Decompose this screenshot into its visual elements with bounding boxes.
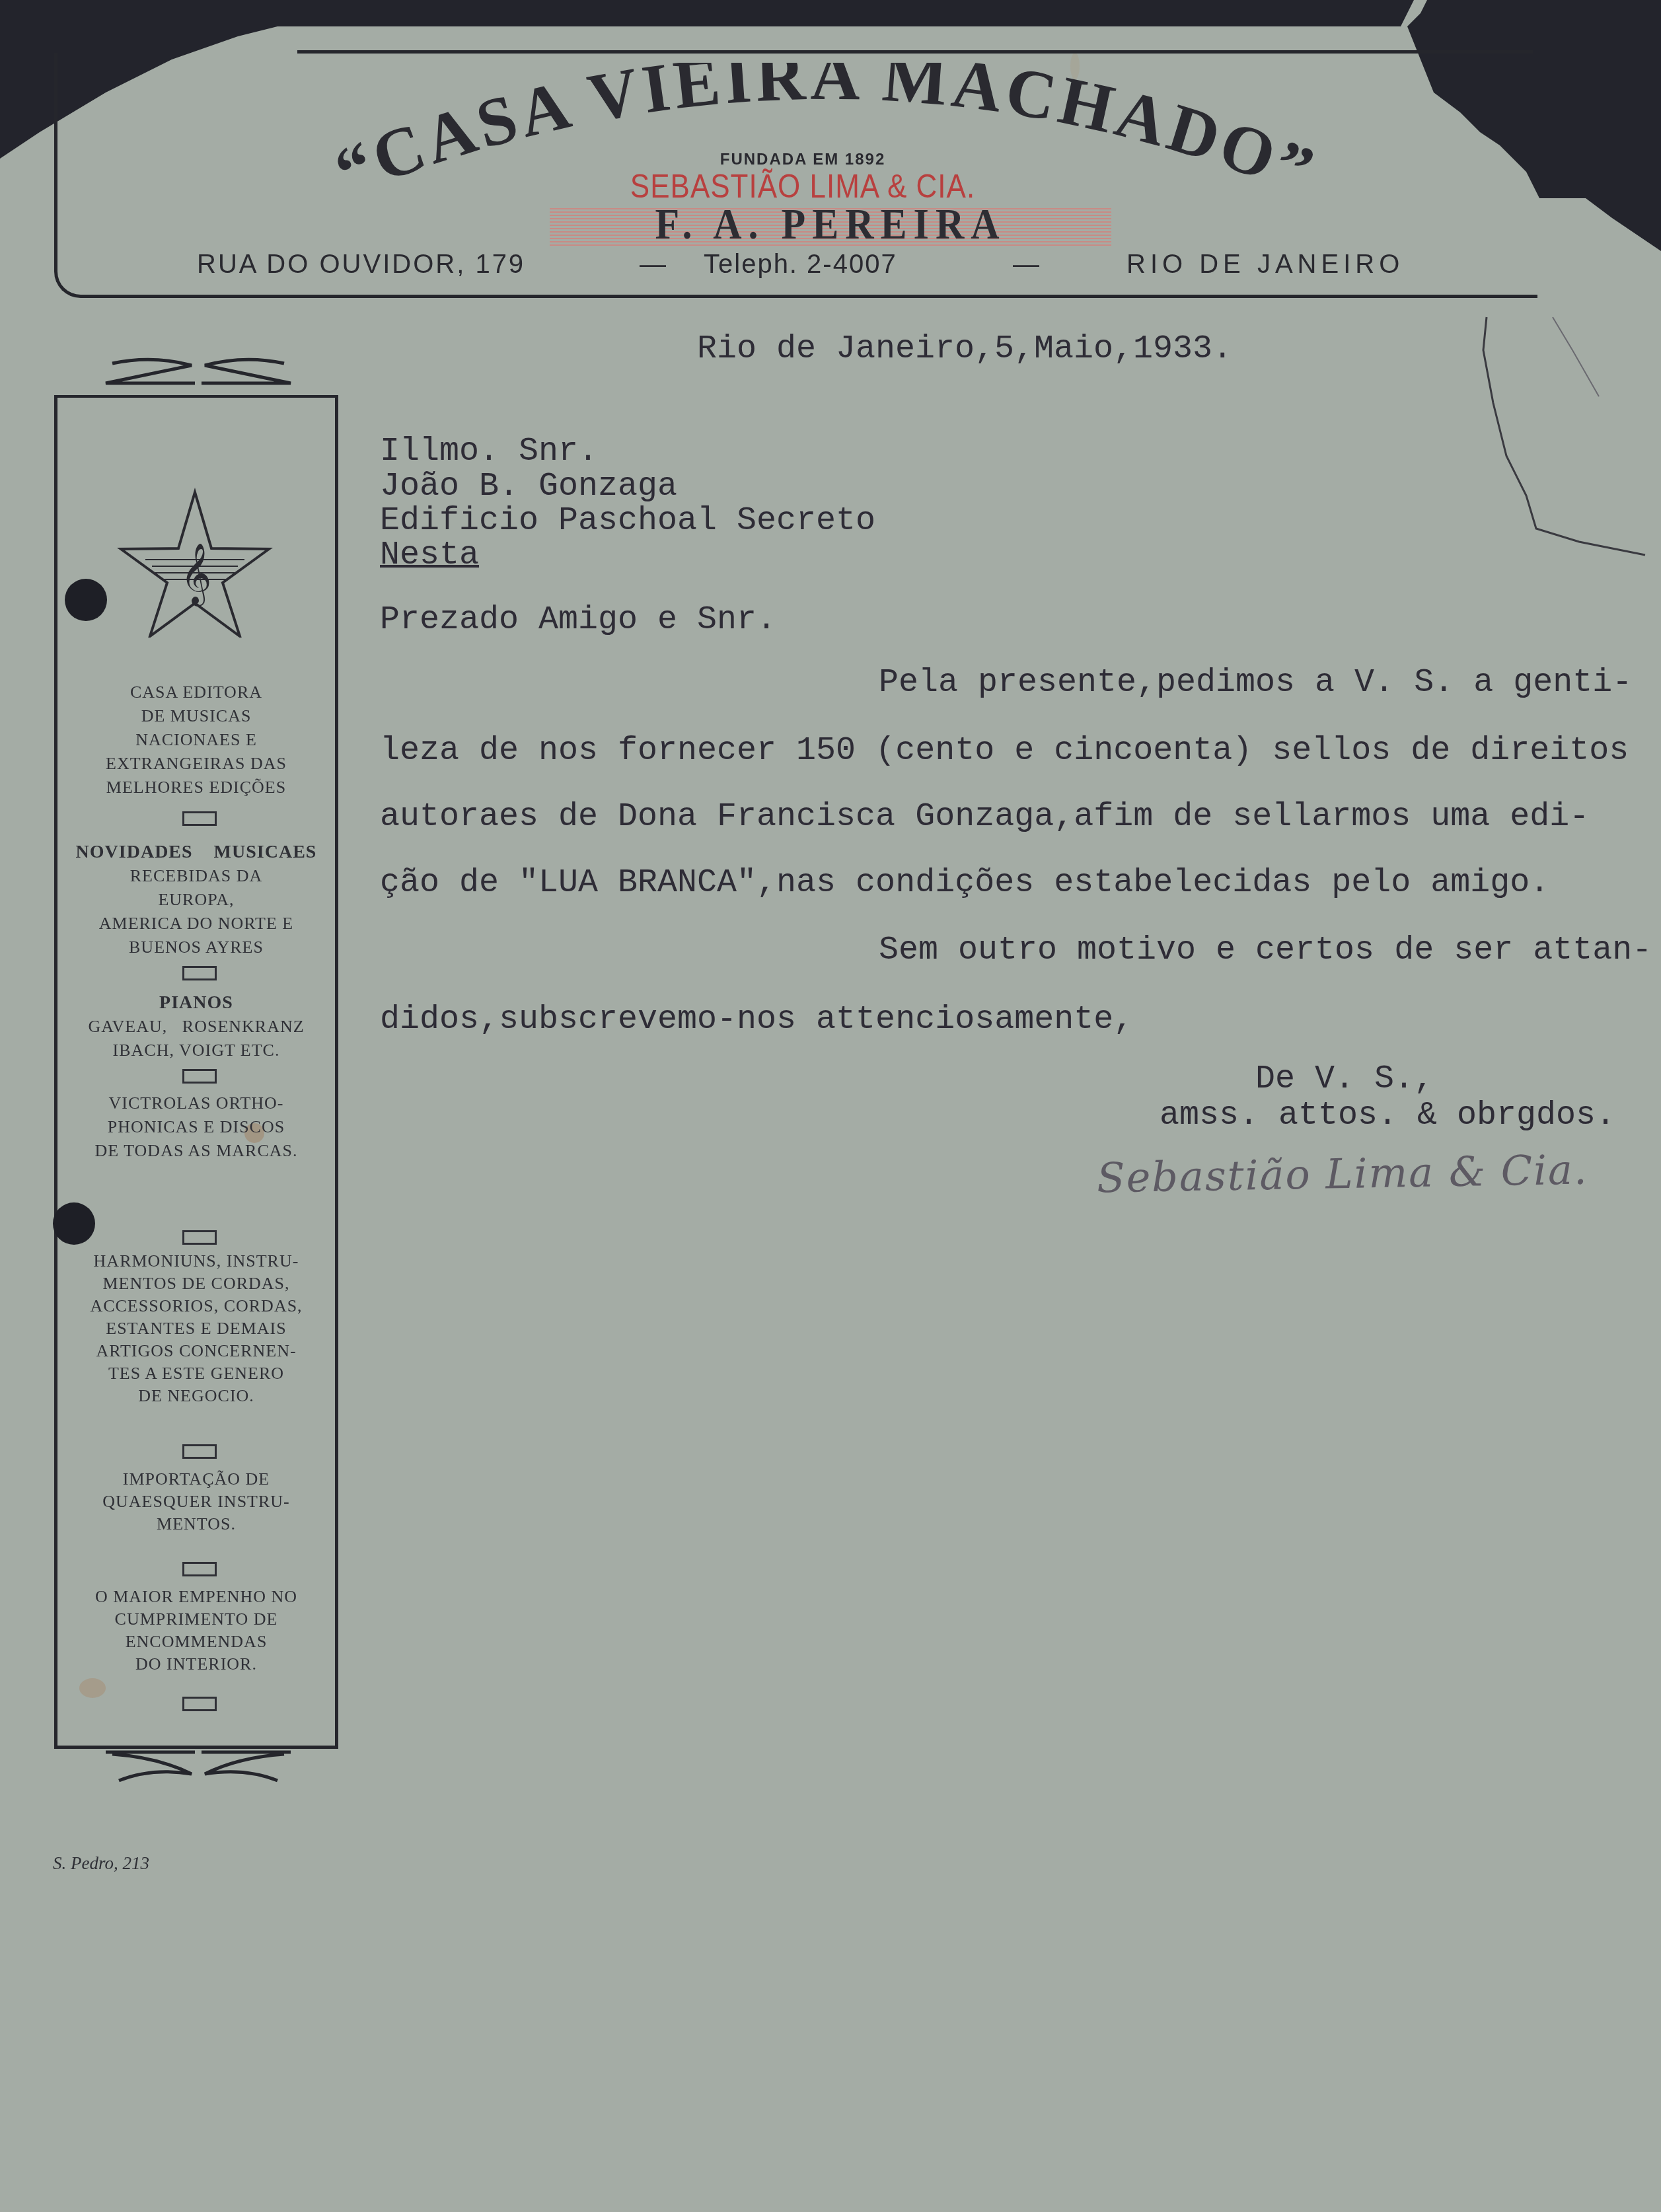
sidebar-heading: NOVIDADES MUSICAES bbox=[57, 840, 335, 864]
svg-text:𝄞: 𝄞 bbox=[180, 542, 211, 607]
city-name: RIO DE JANEIRO bbox=[1126, 250, 1404, 279]
sidebar-line: GAVEAU, ROSENKRANZ bbox=[57, 1015, 335, 1039]
proprietor-name: F. A. PEREIRA bbox=[550, 200, 1111, 250]
sidebar-line: ESTANTES E DEMAIS bbox=[57, 1317, 335, 1340]
sidebar-line: AMERICA DO NORTE E bbox=[57, 912, 335, 936]
closing-line: amss. attos. & obrgdos. bbox=[1160, 1097, 1615, 1134]
sidebar-line: QUAESQUER INSTRU- bbox=[57, 1491, 335, 1513]
letter-date: Rio de Janeiro,5,Maio,1933. bbox=[697, 330, 1232, 368]
sidebar-section-orders: O MAIOR EMPENHO NO CUMPRIMENTO DE ENCOMM… bbox=[57, 1586, 335, 1676]
sidebar-section-victrolas: VICTROLAS ORTHO- PHONICAS E DISCOS DE TO… bbox=[57, 1091, 335, 1163]
founded-year: FUNDADA EM 1892 bbox=[717, 151, 889, 169]
street-address: RUA DO OUVIDOR, 179 bbox=[197, 250, 525, 279]
body-line: Sem outro motivo e certos de ser attan- bbox=[879, 932, 1652, 969]
separator-dash: — bbox=[640, 250, 668, 279]
sidebar-line: NACIONAES E bbox=[57, 728, 335, 752]
section-divider-box bbox=[182, 1697, 217, 1711]
recipient-name: João B. Gonzaga bbox=[380, 468, 677, 505]
body-line: autoraes de Dona Francisca Gonzaga,afim … bbox=[380, 798, 1589, 836]
sidebar-line: RECEBIDAS DA bbox=[57, 864, 335, 888]
sidebar-line: IBACH, VOIGT ETC. bbox=[57, 1039, 335, 1062]
sidebar-section-novelties: NOVIDADES MUSICAES RECEBIDAS DA EUROPA, … bbox=[57, 840, 335, 959]
sidebar-section-pianos: PIANOS GAVEAU, ROSENKRANZ IBACH, VOIGT E… bbox=[57, 991, 335, 1062]
punch-hole bbox=[53, 1202, 95, 1245]
body-line: didos,subscrevemo-nos attenciosamente, bbox=[380, 1001, 1133, 1039]
top-flourish-ornament bbox=[92, 347, 304, 393]
sidebar-line: VICTROLAS ORTHO- bbox=[57, 1091, 335, 1115]
bottom-flourish-ornament bbox=[92, 1744, 304, 1790]
letter-salutation: Prezado Amigo e Snr. bbox=[380, 601, 776, 639]
recipient-building: Edificio Paschoal Secreto bbox=[380, 502, 875, 540]
printer-imprint: S. Pedro, 213 bbox=[53, 1853, 149, 1874]
sidebar-heading: PIANOS bbox=[57, 991, 335, 1015]
body-line: leza de nos fornecer 150 (cento e cincoe… bbox=[380, 732, 1629, 770]
sidebar-line: TES A ESTE GENERO bbox=[57, 1362, 335, 1385]
sidebar-line: EXTRANGEIRAS DAS bbox=[57, 752, 335, 776]
sidebar-line: MENTOS DE CORDAS, bbox=[57, 1272, 335, 1295]
sidebar-line: EUROPA, bbox=[57, 888, 335, 912]
recipient-title: Illmo. Snr. bbox=[380, 433, 598, 470]
sidebar-line: CASA EDITORA bbox=[57, 681, 335, 704]
sidebar-line: MENTOS. bbox=[57, 1513, 335, 1535]
sidebar-line: ENCOMMENDAS bbox=[57, 1631, 335, 1653]
section-divider-box bbox=[182, 1069, 217, 1084]
sidebar-section-import: IMPORTAÇÃO DE QUAESQUER INSTRU- MENTOS. bbox=[57, 1468, 335, 1535]
recipient-location: Nesta bbox=[380, 536, 479, 574]
section-divider-box bbox=[182, 811, 217, 826]
phone-number: Teleph. 2-4007 bbox=[704, 250, 897, 279]
sidebar-line: BUENOS AYRES bbox=[57, 936, 335, 959]
section-divider-box bbox=[182, 1230, 217, 1245]
sidebar-line: ACCESSORIOS, CORDAS, bbox=[57, 1295, 335, 1317]
section-divider-box bbox=[182, 1562, 217, 1576]
sidebar-line: O MAIOR EMPENHO NO bbox=[57, 1586, 335, 1608]
sidebar-line: DE MUSICAS bbox=[57, 704, 335, 728]
sidebar-line: ARTIGOS CONCERNEN- bbox=[57, 1340, 335, 1362]
sidebar-line: PHONICAS E DISCOS bbox=[57, 1115, 335, 1139]
sidebar-line: DE TODAS AS MARCAS. bbox=[57, 1139, 335, 1163]
star-treble-clef-logo-icon: 𝄞 bbox=[116, 486, 274, 638]
sidebar-line: IMPORTAÇÃO DE bbox=[57, 1468, 335, 1491]
sidebar-line: DO INTERIOR. bbox=[57, 1653, 335, 1676]
sidebar-line: MELHORES EDIÇÕES bbox=[57, 776, 335, 799]
letterhead-top-rule bbox=[297, 50, 1533, 54]
body-line: ção de "LUA BRANCA",nas condições estabe… bbox=[380, 864, 1549, 902]
handwritten-signature: Sebastião Lima & Cia. bbox=[1096, 1146, 1588, 1202]
sidebar-line: CUMPRIMENTO DE bbox=[57, 1608, 335, 1631]
separator-dash: — bbox=[1013, 250, 1041, 279]
punch-hole bbox=[65, 579, 107, 621]
paper-tear-crack bbox=[1480, 311, 1661, 786]
sidebar-section-instruments: HARMONIUNS, INSTRU- MENTOS DE CORDAS, AC… bbox=[57, 1250, 335, 1407]
section-divider-box bbox=[182, 1444, 217, 1459]
sidebar-line: HARMONIUNS, INSTRU- bbox=[57, 1250, 335, 1272]
sidebar-section-publisher: CASA EDITORA DE MUSICAS NACIONAES E EXTR… bbox=[57, 681, 335, 799]
closing-line: De V. S., bbox=[1255, 1060, 1434, 1098]
section-divider-box bbox=[182, 966, 217, 980]
sidebar-line: DE NEGOCIO. bbox=[57, 1385, 335, 1407]
